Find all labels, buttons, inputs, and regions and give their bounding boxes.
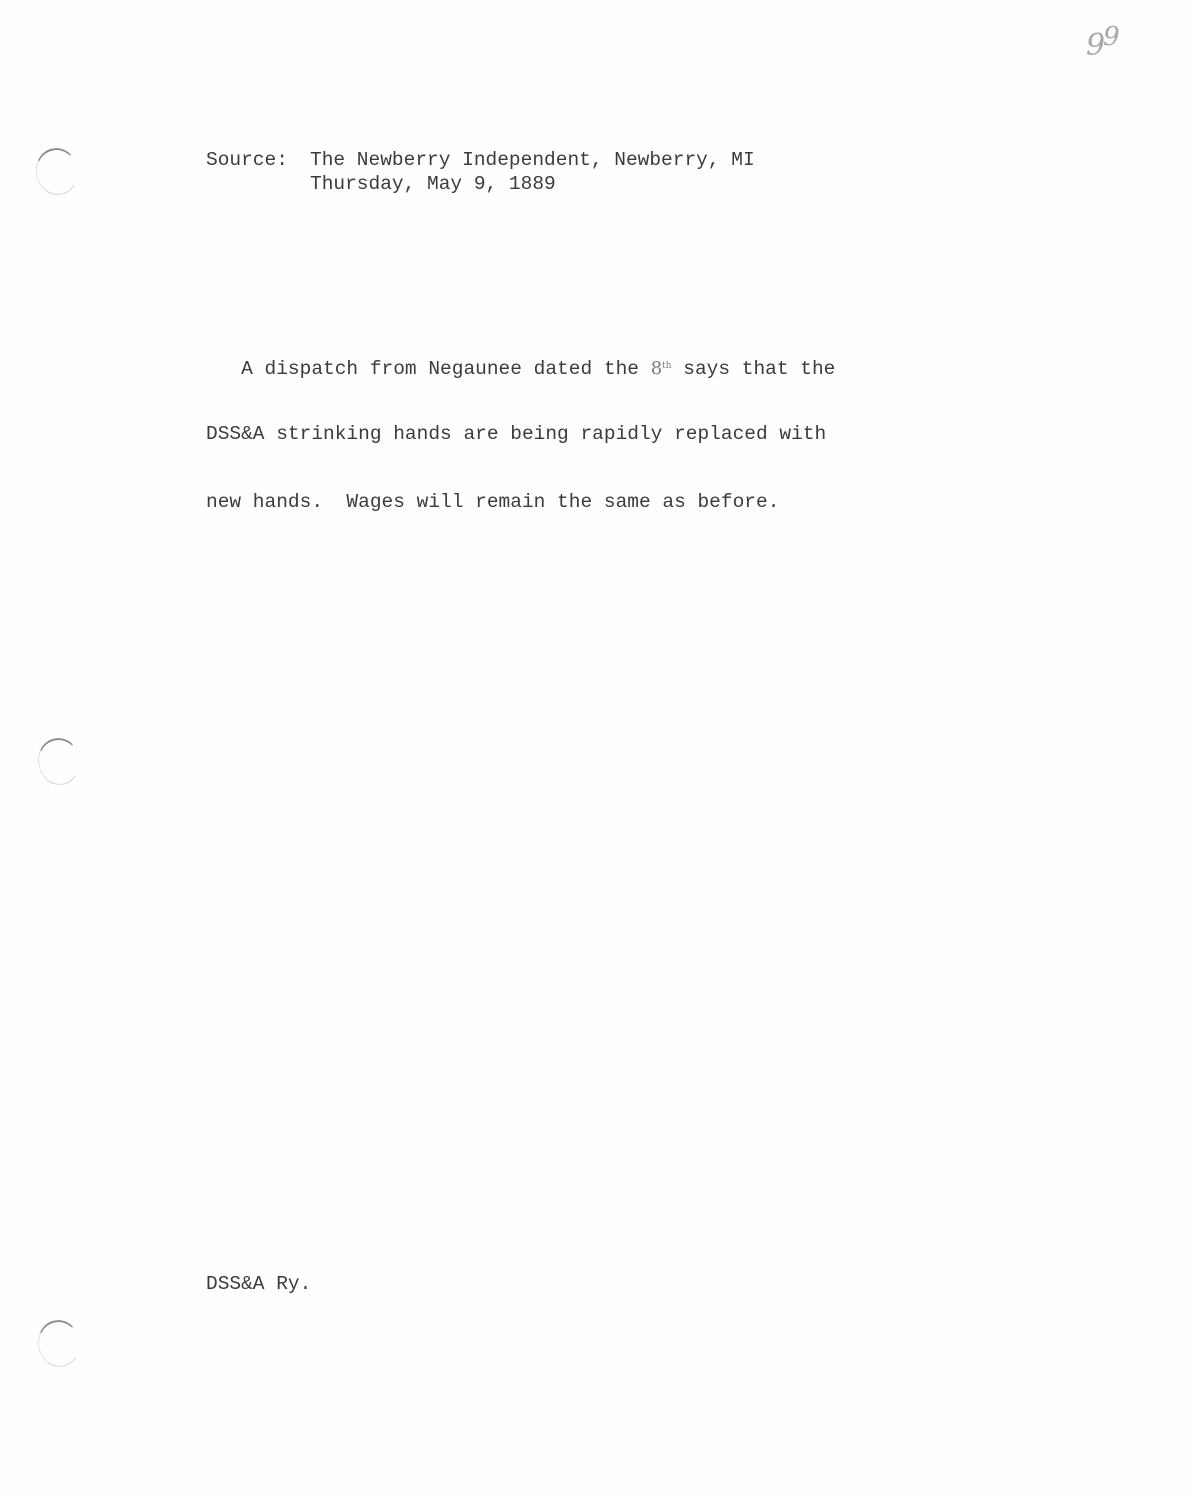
article-text: A dispatch from Negaunee dated the <box>206 358 651 380</box>
punch-hole-icon <box>34 1317 84 1371</box>
page-number-main: 9 <box>1086 28 1103 63</box>
punch-hole-icon <box>32 145 82 199</box>
article-line-2: DSS&A strinking hands are being rapidly … <box>206 423 835 447</box>
ordinal-date: 8th <box>651 358 672 379</box>
ordinal-suffix: th <box>662 361 671 371</box>
source-date: Thursday, May 9, 1889 <box>310 173 556 195</box>
source-publication: The Newberry Independent, Newberry, MI <box>310 149 755 171</box>
source-label: Source: <box>206 149 288 171</box>
handwritten-page-number: 99 <box>1086 28 1118 63</box>
article-text: says that the <box>672 358 836 380</box>
page-number-superscript: 9 <box>1103 22 1118 52</box>
ordinal-number: 8 <box>651 358 662 379</box>
article-line-1: A dispatch from Negaunee dated the 8th s… <box>206 355 835 379</box>
subject-tag: DSS&A Ry. <box>206 1273 311 1295</box>
punch-hole-icon <box>34 735 84 789</box>
article-line-3: new hands. Wages will remain the same as… <box>206 491 835 515</box>
document-page: 99 Source: The Newberry Independent, New… <box>0 0 1193 1500</box>
article-body: A dispatch from Negaunee dated the 8th s… <box>206 311 835 559</box>
